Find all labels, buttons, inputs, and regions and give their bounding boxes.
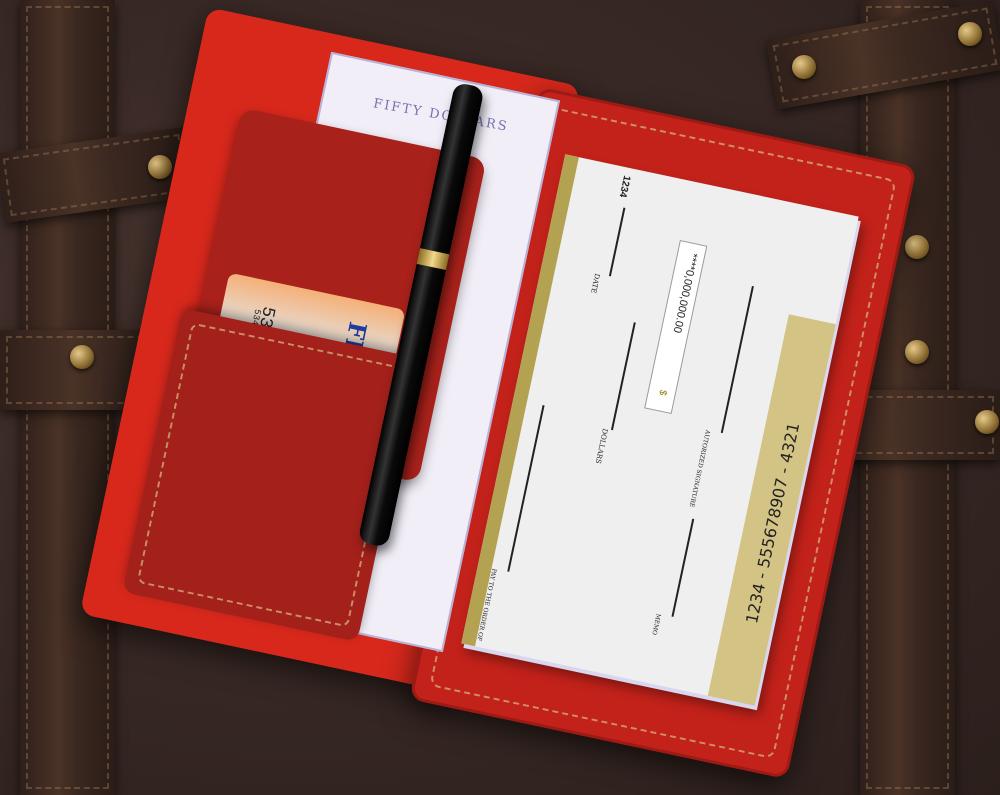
rivet <box>148 155 172 179</box>
dollars-line <box>611 322 636 430</box>
rivet <box>905 235 929 259</box>
rivet <box>905 340 929 364</box>
signature-label: AUTORIZED SIGNATURE <box>688 429 711 508</box>
banknote-label: FIFTY DOLLARS <box>372 96 510 135</box>
rivet <box>70 345 94 369</box>
dollars-label: DOLLARS <box>594 428 609 465</box>
pen-gold-band <box>417 248 450 270</box>
product-photo: FIFTY DOLLARS USD50 5349 534 Busin FIRS … <box>0 0 1000 795</box>
rivet <box>792 55 816 79</box>
rivet <box>975 410 999 434</box>
date-label: DATE <box>589 273 601 294</box>
check-number: 1234 <box>617 174 632 198</box>
rivet <box>958 22 982 46</box>
date-line <box>609 208 626 277</box>
memo-line <box>671 519 694 617</box>
signature-line <box>721 286 754 433</box>
memo-label: MEMO <box>650 613 661 636</box>
